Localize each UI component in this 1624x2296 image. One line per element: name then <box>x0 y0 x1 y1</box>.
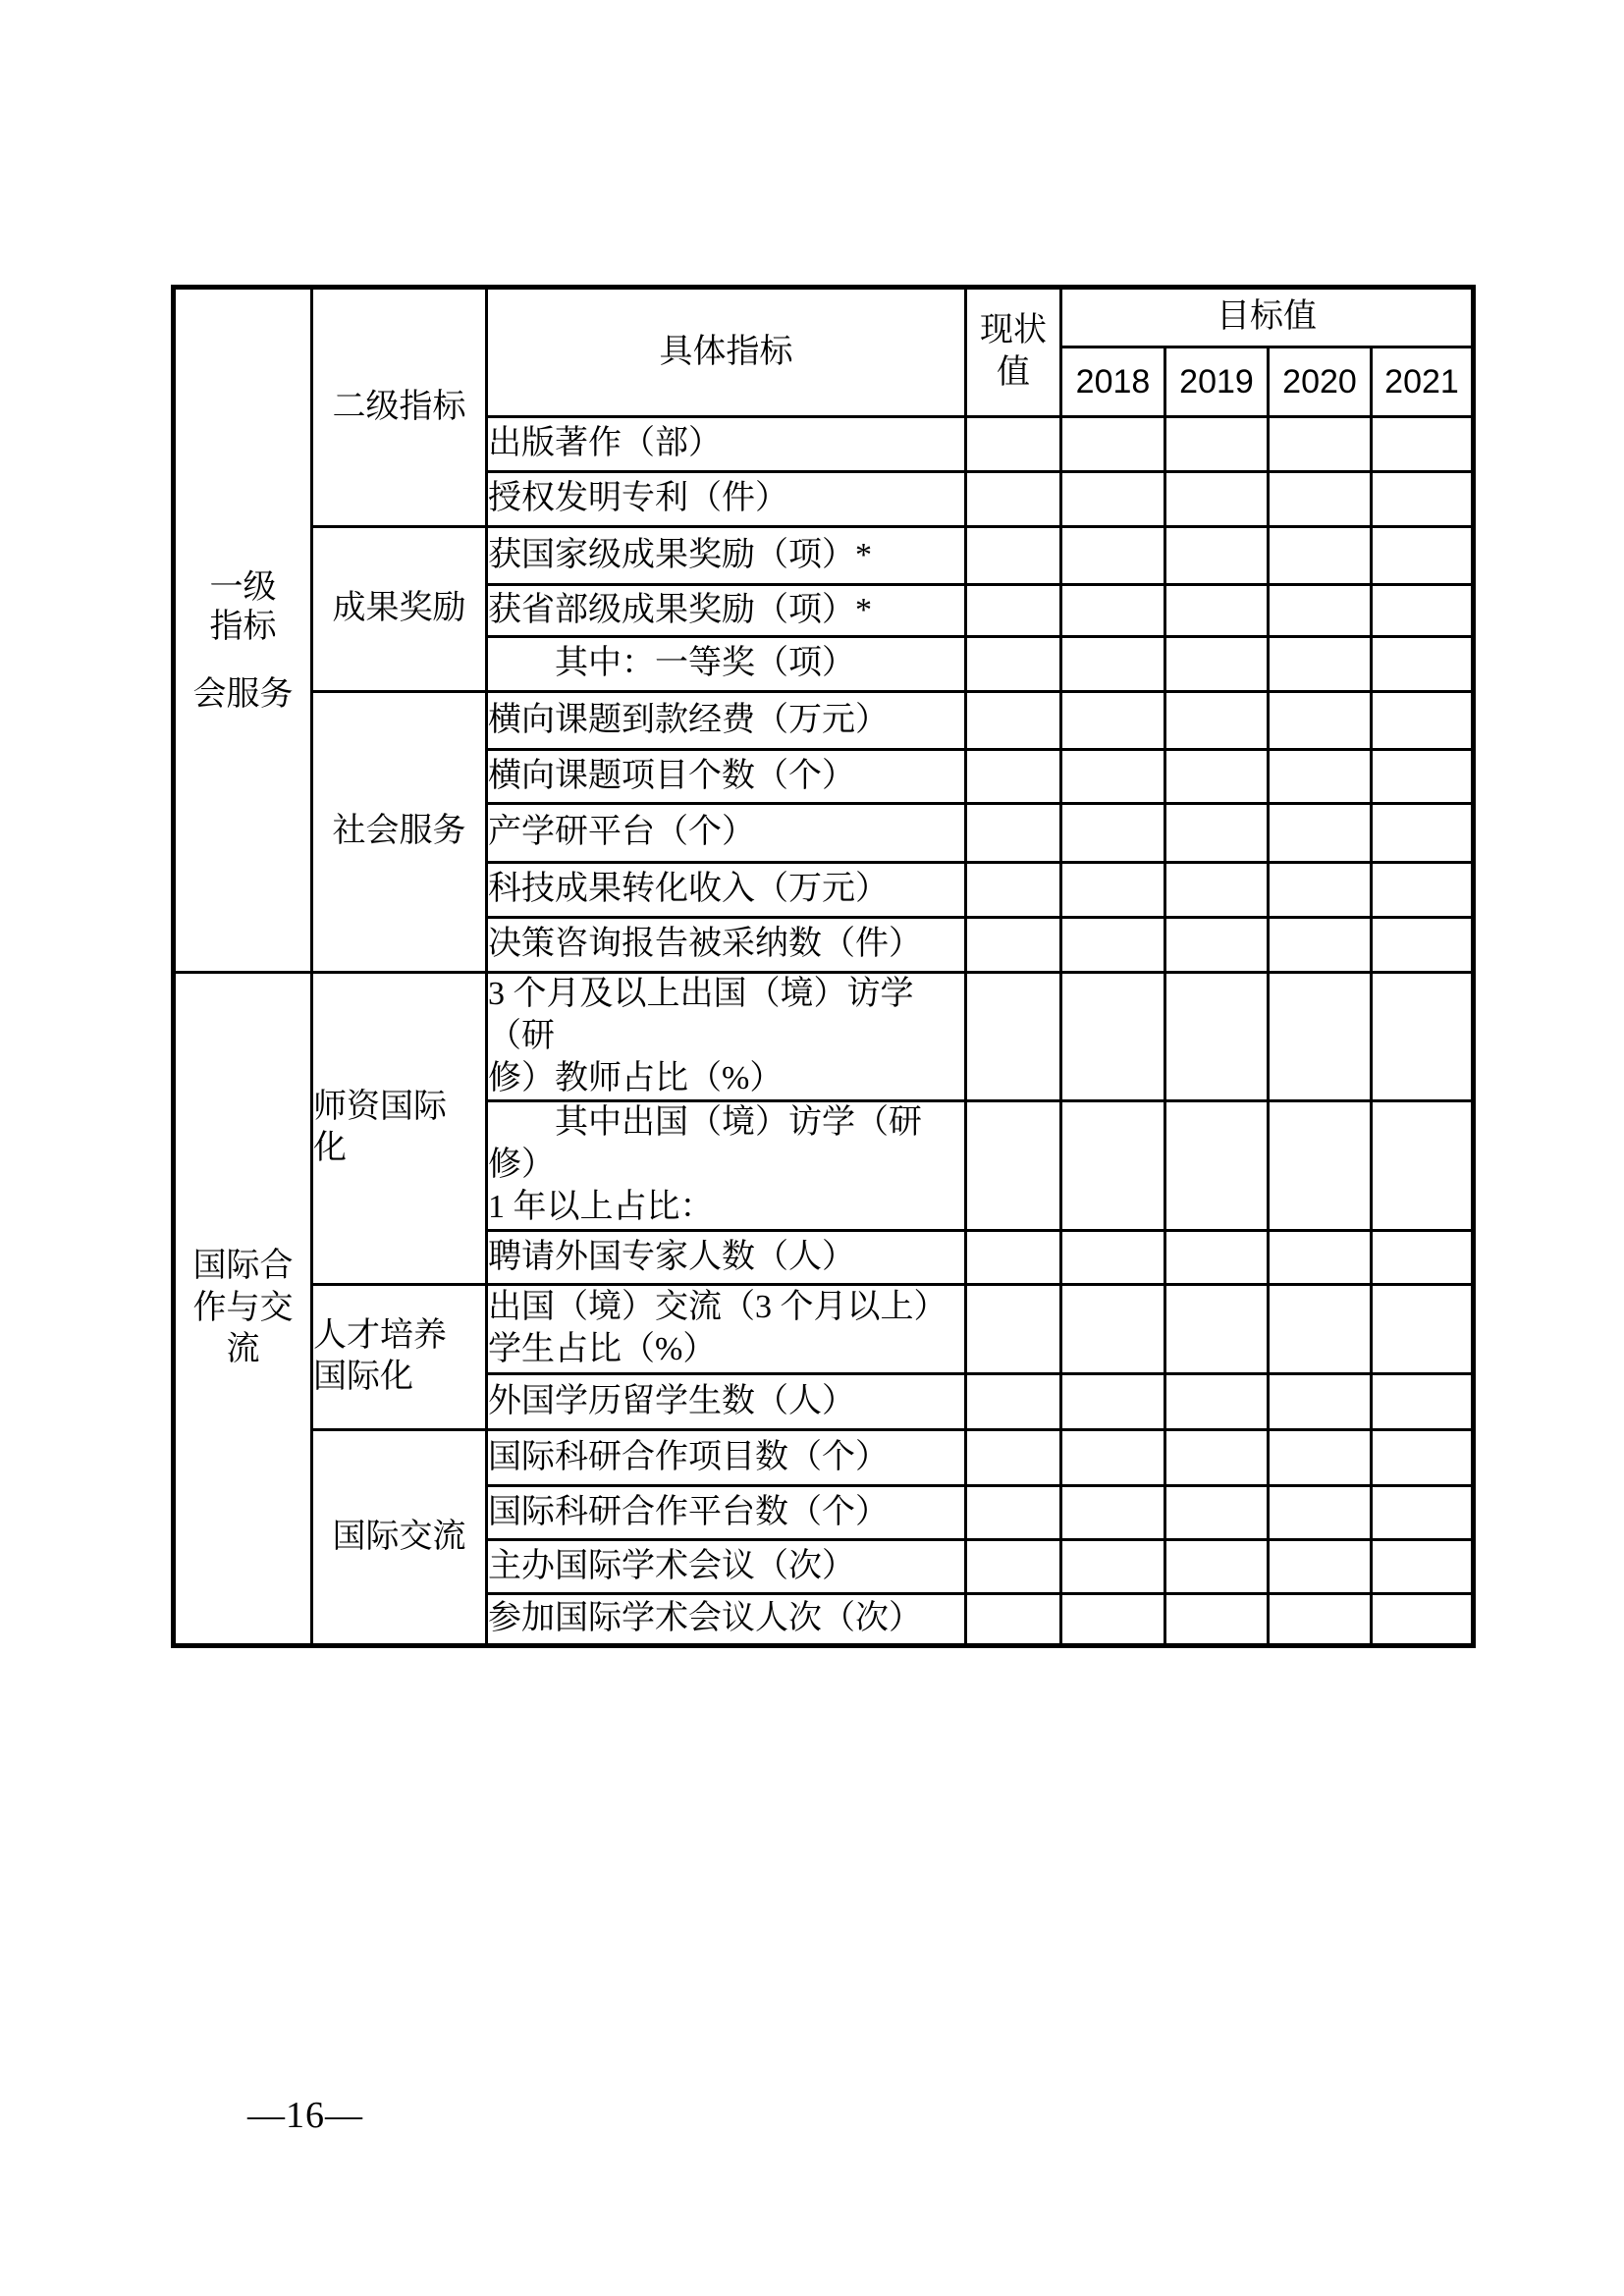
value-cell-empty <box>1269 1485 1372 1539</box>
value-cell-empty <box>1372 637 1474 692</box>
value-cell-empty <box>1165 1101 1269 1230</box>
value-cell-empty <box>966 1373 1061 1429</box>
level2-cell-continued: 二级指标 <box>312 288 487 527</box>
value-cell-empty <box>1061 804 1165 863</box>
value-cell-empty <box>1165 1593 1269 1645</box>
specific-indicator-cell: 出国（境）交流（3 个月以上） 学生占比（%） <box>487 1284 966 1373</box>
value-cell-empty <box>1372 1593 1474 1645</box>
value-cell-empty <box>1372 1284 1474 1373</box>
value-cell-empty <box>1372 1230 1474 1284</box>
specific-indicator-cell: 国际科研合作平台数（个） <box>487 1485 966 1539</box>
value-cell-empty <box>1165 973 1269 1101</box>
value-cell-empty <box>1061 692 1165 750</box>
value-cell-empty <box>1269 863 1372 918</box>
value-cell-empty <box>1269 692 1372 750</box>
specific-indicator-cell: 获省部级成果奖励（项）* <box>487 585 966 637</box>
value-cell-empty <box>1165 472 1269 527</box>
value-cell-empty <box>1269 750 1372 804</box>
value-cell-empty <box>1165 1373 1269 1429</box>
header-target-value: 目标值 <box>1061 288 1474 347</box>
header-year-2021: 2021 <box>1372 347 1474 417</box>
value-cell-empty <box>1061 527 1165 585</box>
value-cell-empty <box>1061 1284 1165 1373</box>
value-cell-empty <box>1165 692 1269 750</box>
value-cell-empty <box>1061 1101 1165 1230</box>
specific-indicator-cell: 其中：一等奖（项） <box>487 637 966 692</box>
value-cell-empty <box>966 1429 1061 1485</box>
specific-indicator-cell: 决策咨询报告被采纳数（件） <box>487 918 966 973</box>
header-year-2018: 2018 <box>1061 347 1165 417</box>
specific-indicator-cell: 参加国际学术会议人次（次） <box>487 1593 966 1645</box>
value-cell-empty <box>1269 1373 1372 1429</box>
value-cell-empty <box>1061 863 1165 918</box>
value-cell-empty <box>1061 973 1165 1101</box>
value-cell-empty <box>1165 804 1269 863</box>
value-cell-empty <box>1061 637 1165 692</box>
value-cell-empty <box>966 472 1061 527</box>
value-cell-empty <box>966 1539 1061 1593</box>
value-cell-empty <box>1372 527 1474 585</box>
value-cell-empty <box>966 863 1061 918</box>
header-specific-indicator: 具体指标 <box>487 288 966 417</box>
value-cell-empty <box>1165 863 1269 918</box>
value-cell-empty <box>1061 585 1165 637</box>
value-cell-empty <box>966 1485 1061 1539</box>
value-cell-empty <box>1269 472 1372 527</box>
value-cell-empty <box>1372 804 1474 863</box>
value-cell-empty <box>1269 1101 1372 1230</box>
value-cell-empty <box>1061 1429 1165 1485</box>
value-cell-empty <box>966 417 1061 472</box>
value-cell-empty <box>966 1593 1061 1645</box>
value-cell-empty <box>966 1101 1061 1230</box>
value-cell-empty <box>1165 585 1269 637</box>
specific-indicator-cell: 其中出国（境）访学（研修） 1 年以上占比： <box>487 1101 966 1230</box>
value-cell-empty <box>1165 637 1269 692</box>
value-cell-empty <box>1269 417 1372 472</box>
value-cell-empty <box>1165 1539 1269 1593</box>
value-cell-empty <box>966 527 1061 585</box>
specific-indicator-cell: 主办国际学术会议（次） <box>487 1539 966 1593</box>
value-cell-empty <box>1372 863 1474 918</box>
value-cell-empty <box>1372 585 1474 637</box>
value-cell-empty <box>1165 1284 1269 1373</box>
specific-indicator-cell: 科技成果转化收入（万元） <box>487 863 966 918</box>
value-cell-empty <box>1061 1539 1165 1593</box>
specific-indicator-cell: 获国家级成果奖励（项）* <box>487 527 966 585</box>
value-cell-empty <box>1269 1230 1372 1284</box>
specific-indicator-cell: 3 个月及以上出国（境）访学（研 修）教师占比（%） <box>487 973 966 1101</box>
value-cell-empty <box>1061 918 1165 973</box>
value-cell-empty <box>966 804 1061 863</box>
value-cell-empty <box>1269 1539 1372 1593</box>
value-cell-empty <box>1372 750 1474 804</box>
value-cell-empty <box>1165 1429 1269 1485</box>
level1-cell-international: 国际合 作与交 流 <box>174 973 312 1646</box>
value-cell-empty <box>1372 1485 1474 1539</box>
header-year-2019: 2019 <box>1165 347 1269 417</box>
value-cell-empty <box>1269 1593 1372 1645</box>
specific-indicator-cell: 出版著作（部） <box>487 417 966 472</box>
value-cell-empty <box>1061 1373 1165 1429</box>
value-cell-empty <box>1165 527 1269 585</box>
specific-indicator-cell: 国际科研合作项目数（个） <box>487 1429 966 1485</box>
value-cell-empty <box>966 692 1061 750</box>
value-cell-empty <box>1165 918 1269 973</box>
value-cell-empty <box>1269 1429 1372 1485</box>
value-cell-empty <box>1372 1539 1474 1593</box>
specific-indicator-cell: 授权发明专利（件） <box>487 472 966 527</box>
specific-indicator-cell: 外国学历留学生数（人） <box>487 1373 966 1429</box>
header-level2: 二级指标 <box>313 345 485 470</box>
value-cell-empty <box>1269 804 1372 863</box>
header-current-value: 现状 值 <box>966 288 1061 417</box>
header-level1: 一级 指标 <box>176 545 310 670</box>
header-year-2020: 2020 <box>1269 347 1372 417</box>
value-cell-empty <box>966 585 1061 637</box>
value-cell-empty <box>1372 692 1474 750</box>
value-cell-empty <box>966 1230 1061 1284</box>
level2-cell-talent-internationalization: 人才培养 国际化 <box>312 1284 487 1429</box>
value-cell-empty <box>966 637 1061 692</box>
value-cell-empty <box>1269 637 1372 692</box>
indicator-table: 一级 指标 会服务 二级指标 具体指标 现状 值 目标值 2018 2019 2… <box>171 285 1476 1648</box>
value-cell-empty <box>1372 973 1474 1101</box>
level2-cell-achievement-awards: 成果奖励 <box>312 527 487 692</box>
value-cell-empty <box>1372 1101 1474 1230</box>
value-cell-empty <box>1061 750 1165 804</box>
level2-cell-faculty-internationalization: 师资国际 化 <box>312 973 487 1285</box>
value-cell-empty <box>1165 1230 1269 1284</box>
document-page: 一级 指标 会服务 二级指标 具体指标 现状 值 目标值 2018 2019 2… <box>0 0 1624 2296</box>
value-cell-empty <box>1061 1593 1165 1645</box>
value-cell-empty <box>1372 1429 1474 1485</box>
value-cell-empty <box>1165 1485 1269 1539</box>
value-cell-empty <box>1269 527 1372 585</box>
value-cell-empty <box>1372 1373 1474 1429</box>
specific-indicator-cell: 横向课题项目个数（个） <box>487 750 966 804</box>
level1-cell-social-service: 一级 指标 会服务 <box>174 288 312 973</box>
value-cell-empty <box>1269 585 1372 637</box>
value-cell-empty <box>1061 417 1165 472</box>
value-cell-empty <box>966 973 1061 1101</box>
specific-indicator-cell: 聘请外国专家人数（人） <box>487 1230 966 1284</box>
value-cell-empty <box>1269 918 1372 973</box>
value-cell-empty <box>1061 472 1165 527</box>
value-cell-empty <box>1372 417 1474 472</box>
value-cell-empty <box>1165 750 1269 804</box>
value-cell-empty <box>1165 417 1269 472</box>
value-cell-empty <box>966 1284 1061 1373</box>
level2-cell-social-service: 社会服务 <box>312 692 487 973</box>
page-number: —16— <box>247 2094 363 2137</box>
level2-cell-international-exchange: 国际交流 <box>312 1429 487 1645</box>
value-cell-empty <box>1372 472 1474 527</box>
level1-continued-label: 会服务 <box>176 674 310 717</box>
specific-indicator-cell: 产学研平台（个） <box>487 804 966 863</box>
value-cell-empty <box>966 750 1061 804</box>
value-cell-empty <box>1061 1485 1165 1539</box>
value-cell-empty <box>966 918 1061 973</box>
value-cell-empty <box>1269 973 1372 1101</box>
value-cell-empty <box>1061 1230 1165 1284</box>
value-cell-empty <box>1269 1284 1372 1373</box>
value-cell-empty <box>1372 918 1474 973</box>
specific-indicator-cell: 横向课题到款经费（万元） <box>487 692 966 750</box>
